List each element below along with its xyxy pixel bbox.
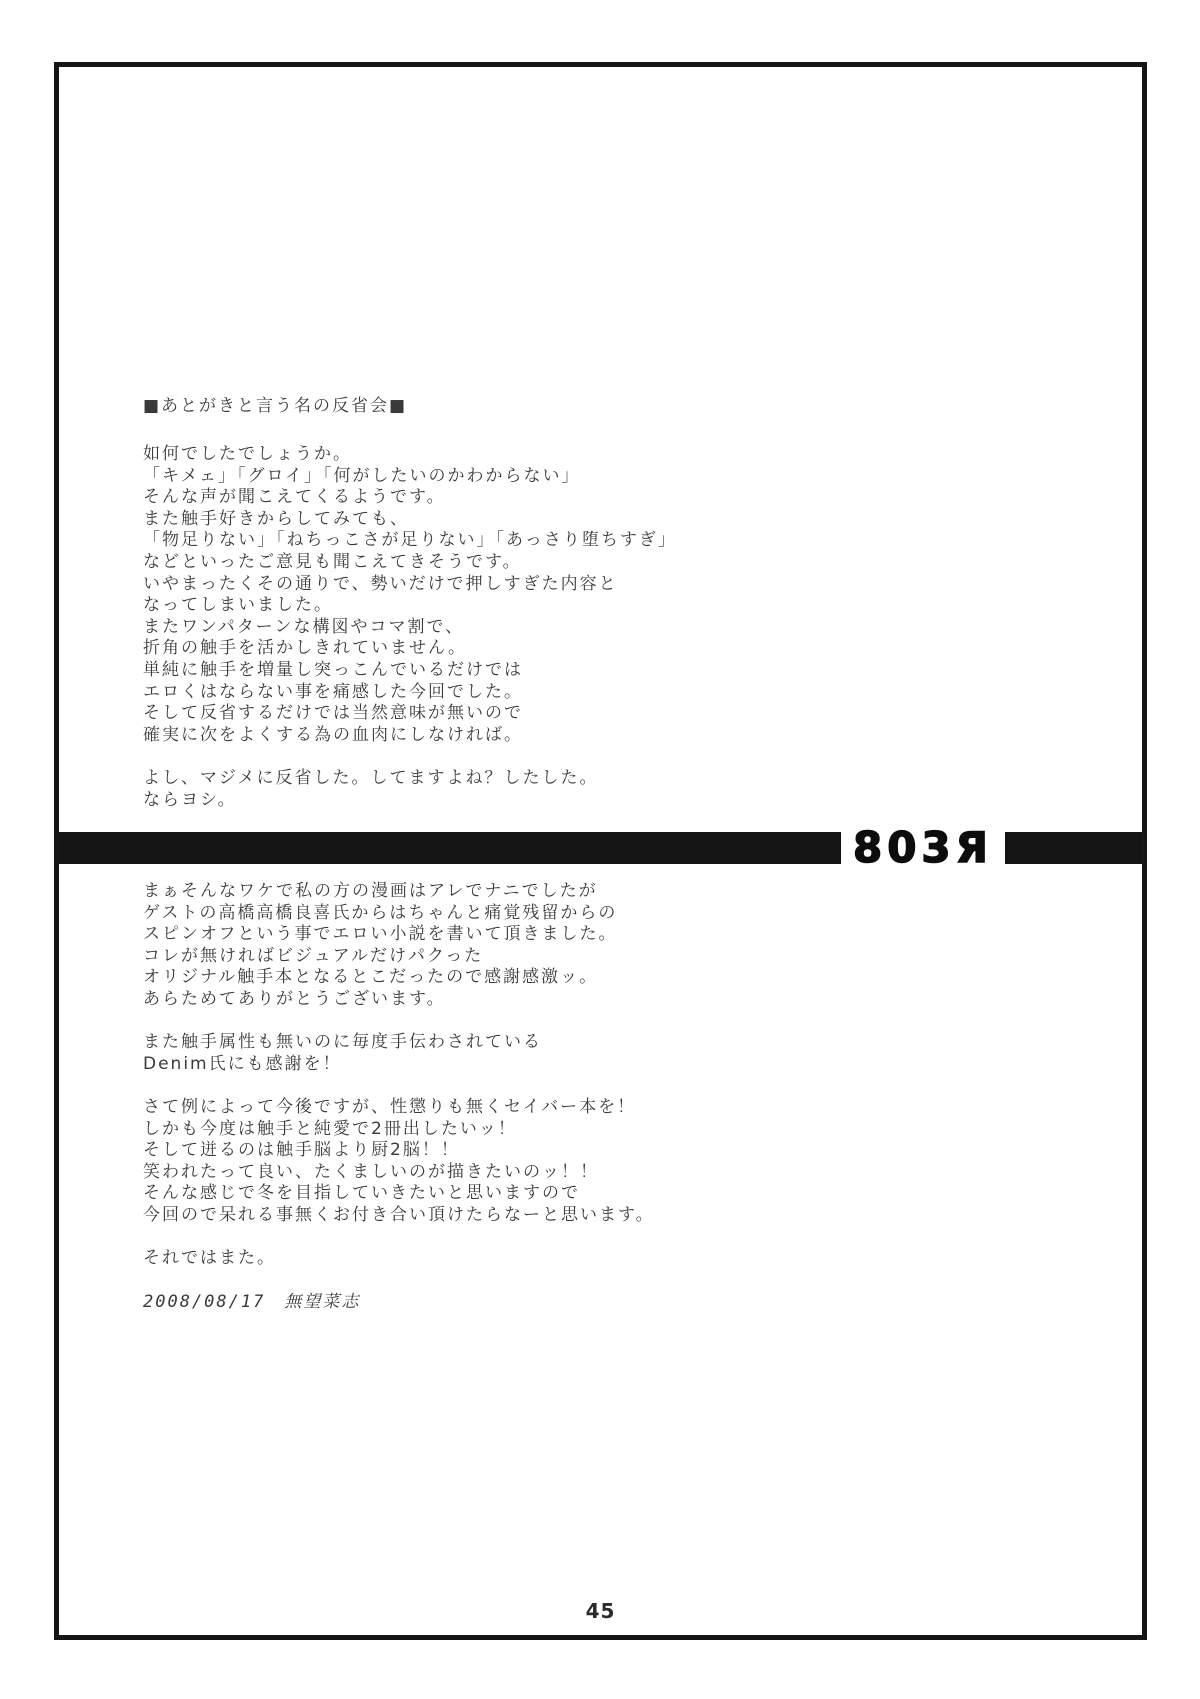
text-line: よし、マジメに反省した。してますよね？したした。 (143, 768, 677, 790)
text-line: しかも今度は触手と純愛で2冊出したいッ！ (143, 1119, 655, 1141)
signature-line: 2008/08/17 無望菜志 (143, 1287, 360, 1312)
text-line: また触手好きからしてみても、 (143, 509, 677, 531)
text-line (143, 1227, 655, 1249)
text-line: コレが無ければビジュアルだけパクった (143, 946, 655, 968)
text-line (143, 1011, 655, 1033)
scanned-afterword-page: ■あとがきと言う名の反省会■ 如何でしたでしょうか。「キメェ」「グロイ」「何がし… (0, 0, 1200, 1699)
text-line: Denim氏にも感謝を！ (143, 1054, 655, 1076)
text-line (143, 1075, 655, 1097)
text-line: そんな声が聞こえてくるようです。 (143, 487, 677, 509)
text-line: エロくはならない事を痛感した今回でした。 (143, 682, 677, 704)
banner-bar-left (59, 832, 841, 864)
text-line: 如何でしたでしょうか。 (143, 444, 677, 466)
text-line: いやまったくその通りで、勢いだけで押しすぎた内容と (143, 574, 677, 596)
text-line: そんな感じで冬を目指していきたいと思いますので (143, 1183, 655, 1205)
afterword-paragraphs-bottom: まぁそんなワケで私の方の漫画はアレでナニでしたがゲストの高橋高橋良喜氏からはちゃ… (143, 881, 655, 1270)
banner-logo-text: 803Я (841, 827, 1005, 869)
afterword-paragraphs-top: 如何でしたでしょうか。「キメェ」「グロイ」「何がしたいのかわからない」そんな声が… (143, 444, 677, 811)
afterword-title: ■あとがきと言う名の反省会■ (143, 396, 407, 418)
text-line: 笑われたって良い、たくましいのが描きたいのッ！！ (143, 1162, 655, 1184)
text-line: そして反省するだけでは当然意味が無いので (143, 703, 677, 725)
text-line: さて例によって今後ですが、性懲りも無くセイバー本を！ (143, 1097, 655, 1119)
banner-bar-right (1005, 832, 1142, 864)
text-line: ならヨシ。 (143, 790, 677, 812)
text-line: またワンパターンな構図やコマ割で、 (143, 617, 677, 639)
text-line: などといったご意見も聞こえてきそうです。 (143, 552, 677, 574)
text-line: あらためてありがとうございます。 (143, 989, 655, 1011)
text-line: なってしまいました。 (143, 595, 677, 617)
text-line: ゲストの高橋高橋良喜氏からはちゃんと痛覚残留からの (143, 903, 655, 925)
text-line: 折角の触手を活かしきれていません。 (143, 638, 677, 660)
text-line: オリジナル触手本となるとこだったので感謝感激ッ。 (143, 967, 655, 989)
text-line: 単純に触手を増量し突っこんでいるだけでは (143, 660, 677, 682)
text-line: それではまた。 (143, 1248, 655, 1270)
text-line: まぁそんなワケで私の方の漫画はアレでナニでしたが (143, 881, 655, 903)
text-line: 確実に次をよくする為の血肉にしなければ。 (143, 725, 677, 747)
re08-banner: 803Я (59, 827, 1142, 869)
text-line: 「キメェ」「グロイ」「何がしたいのかわからない」 (143, 466, 677, 488)
text-line: そして迸るのは触手脳より厨2脳！！ (143, 1140, 655, 1162)
text-line (143, 746, 677, 768)
text-line: また触手属性も無いのに毎度手伝わされている (143, 1032, 655, 1054)
text-line: スピンオフという事でエロい小説を書いて頂きました。 (143, 924, 655, 946)
text-line: 「物足りない」「ねちっこさが足りない」「あっさり堕ちすぎ」 (143, 530, 677, 552)
page-number: 45 (54, 1599, 1147, 1623)
text-line: 今回ので呆れる事無くお付き合い頂けたらなーと思います。 (143, 1205, 655, 1227)
